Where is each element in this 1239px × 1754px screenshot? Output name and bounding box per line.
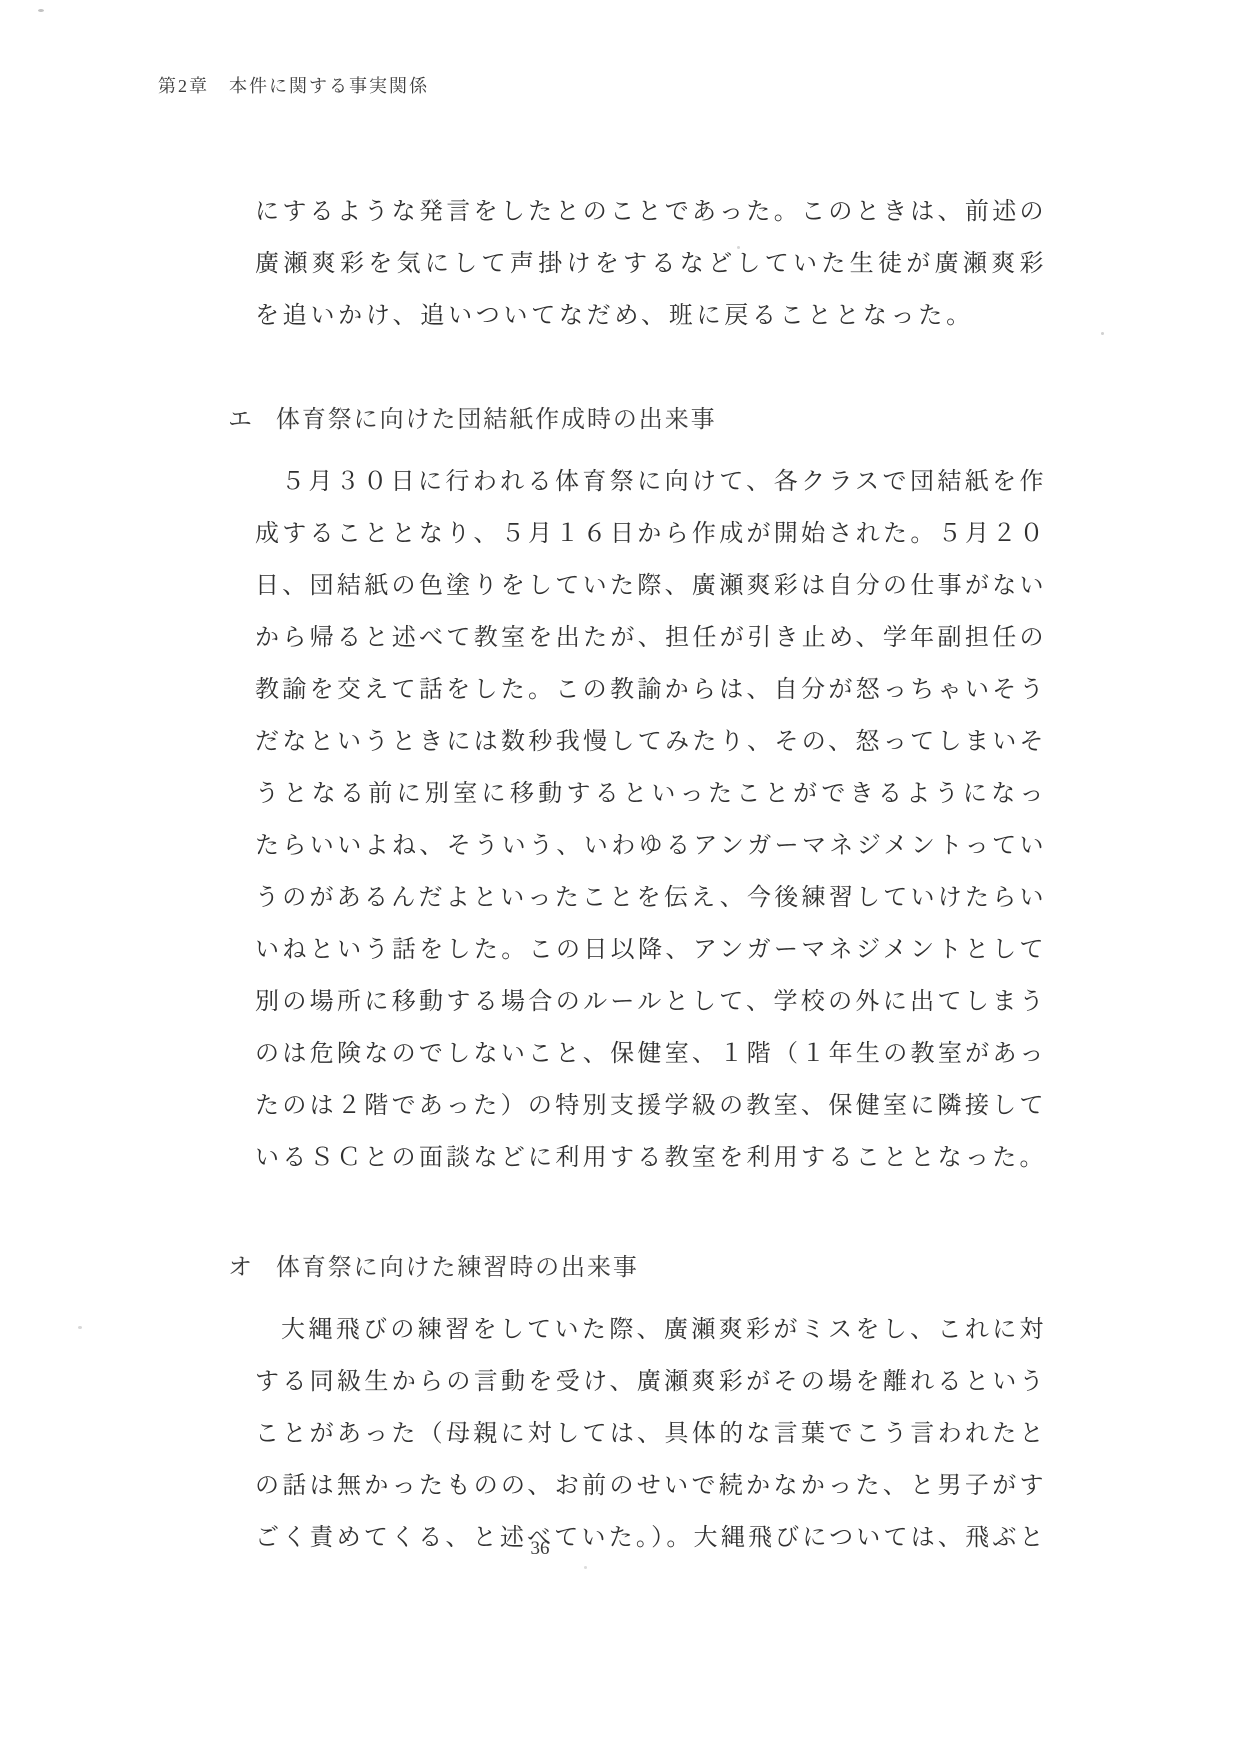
text-line: から帰ると述べて教室を出たが、担任が引き止め、学年副担任の	[255, 612, 1045, 664]
paragraph-section-e: ５月３０日に行われる体育祭に向けて、各クラスで団結紙を作成することとなり、５月１…	[255, 456, 1045, 1184]
text-line: 成することとなり、５月１６日から作成が開始された。５月２０	[255, 508, 1045, 560]
text-line: する同級生からの言動を受け、廣瀬爽彩がその場を離れるという	[255, 1356, 1045, 1408]
scan-artifact	[584, 1566, 587, 1569]
text-line: 教諭を交えて話をした。この教諭からは、自分が怒っちゃいそう	[255, 664, 1045, 716]
section-label-o: オ	[228, 1255, 254, 1281]
text-line: うとなる前に別室に移動するといったことができるようになっ	[255, 768, 1045, 820]
text-line: 別の場所に移動する場合のルールとして、学校の外に出てしまう	[255, 976, 1045, 1028]
section-title-e: 体育祭に向けた団結紙作成時の出来事	[276, 407, 717, 433]
text-line: にするような発言をしたとのことであった。このときは、前述の	[255, 186, 1045, 238]
paragraph-continuation: にするような発言をしたとのことであった。このときは、前述の廣瀬爽彩を気にして声掛…	[255, 186, 1045, 342]
text-line: 大縄飛びの練習をしていた際、廣瀬爽彩がミスをし、これに対	[255, 1304, 1045, 1356]
text-line: いるＳＣとの面談などに利用する教室を利用することとなった。	[255, 1132, 1045, 1184]
text-line: の話は無かったものの、お前のせいで続かなかった、と男子がす	[255, 1460, 1045, 1512]
scan-artifact	[1101, 332, 1104, 335]
scan-artifact	[78, 1326, 82, 1329]
section-title-o: 体育祭に向けた練習時の出来事	[276, 1255, 639, 1281]
text-line: たのは２階であった）の特別支援学級の教室、保健室に隣接して	[255, 1080, 1045, 1132]
section-heading-o: オ体育祭に向けた練習時の出来事	[228, 1242, 1045, 1294]
text-line: 日、団結紙の色塗りをしていた際、廣瀬爽彩は自分の仕事がない	[255, 560, 1045, 612]
text-column: にするような発言をしたとのことであった。このときは、前述の廣瀬爽彩を気にして声掛…	[255, 0, 1045, 1564]
text-line: のは危険なのでしないこと、保健室、１階（１年生の教室があっ	[255, 1028, 1045, 1080]
scan-artifact	[737, 246, 740, 249]
text-line: うのがあるんだよといったことを伝え、今後練習していけたらい	[255, 872, 1045, 924]
text-line: 廣瀬爽彩を気にして声掛けをするなどしていた生徒が廣瀬爽彩	[255, 238, 1045, 290]
page-number: 36	[0, 1538, 1080, 1560]
scan-artifact	[38, 9, 44, 12]
text-line: だなというときには数秒我慢してみたり、その、怒ってしまいそ	[255, 716, 1045, 768]
text-line: たらいいよね、そういう、いわゆるアンガーマネジメントってい	[255, 820, 1045, 872]
document-page: 第2章 本件に関する事実関係 にするような発言をしたとのことであった。このときは…	[0, 0, 1239, 1754]
paragraph-section-o: 大縄飛びの練習をしていた際、廣瀬爽彩がミスをし、これに対する同級生からの言動を受…	[255, 1304, 1045, 1564]
text-line: を追いかけ、追いついてなだめ、班に戻ることとなった。	[255, 290, 1045, 342]
text-line: ５月３０日に行われる体育祭に向けて、各クラスで団結紙を作	[255, 456, 1045, 508]
section-heading-e: エ体育祭に向けた団結紙作成時の出来事	[228, 394, 1045, 446]
text-line: いねという話をした。この日以降、アンガーマネジメントとして	[255, 924, 1045, 976]
text-line: ことがあった（母親に対しては、具体的な言葉でこう言われたと	[255, 1408, 1045, 1460]
section-label-e: エ	[228, 407, 254, 433]
